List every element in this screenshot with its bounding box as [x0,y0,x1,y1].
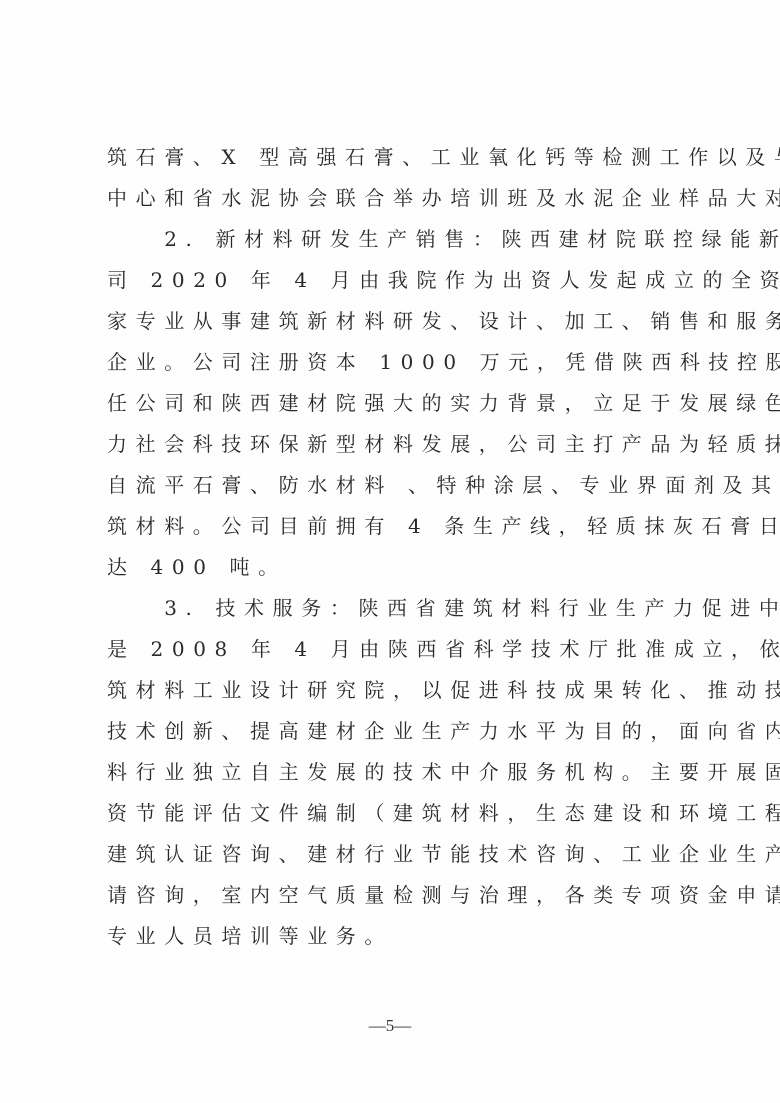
text-line: 筑材料工业设计研究院，以促进科技成果转化、推动技术进步与 [107,670,683,711]
page-number: —5— [0,1016,780,1036]
text-line: 料行业独立自主发展的技术中介服务机构。主要开展固定资产投 [107,752,683,793]
text-line: 家专业从事建筑新材料研发、设计、加工、销售和服务的科技型 [107,301,683,342]
text-line: 中心和省水泥协会联合举办培训班及水泥企业样品大对比活动。 [107,178,683,219]
text-line: 资节能评估文件编制（建筑材料，生态建设和环境工程），绿色 [107,793,683,834]
text-line: 自流平石膏、防水材料 、特种涂层、专业界面剂及其它新型建 [107,465,683,506]
text-line: 请咨询，室内空气质量检测与治理，各类专项资金申请书编制， [107,875,683,916]
text-line: 筑石膏、X 型高强石膏、工业氧化钙等检测工作以及与国家水泥 [107,137,683,178]
document-page: 筑石膏、X 型高强石膏、工业氧化钙等检测工作以及与国家水泥 中心和省水泥协会联合… [0,0,780,1103]
text-line: 建筑认证咨询、建材行业节能技术咨询、工业企业生产许可证申 [107,834,683,875]
text-line: 技术创新、提高建材企业生产力水平为目的，面向省内外建筑材 [107,711,683,752]
text-line: 达 400 吨。 [107,547,683,588]
text-line: 筑材料。公司目前拥有 4 条生产线，轻质抹灰石膏日生产能力可 [107,506,683,547]
text-line: 企业。公司注册资本 1000 万元，凭借陕西科技控股集团有限责 [107,342,683,383]
text-line: 司 2020 年 4 月由我院作为出资人发起成立的全资子公司，是一 [107,260,683,301]
text-line: 是 2008 年 4 月由陕西省科学技术厅批准成立，依托于陕西省建 [107,629,683,670]
section-heading-line: 3. 技术服务：陕西省建筑材料行业生产力促进中心有限公司 [107,588,683,629]
body-text: 筑石膏、X 型高强石膏、工业氧化钙等检测工作以及与国家水泥 中心和省水泥协会联合… [107,137,683,957]
section-heading-line: 2. 新材料研发生产销售：陕西建材院联控绿能新材料有限公 [107,219,683,260]
text-line: 力社会科技环保新型材料发展，公司主打产品为轻质抹灰石膏、 [107,424,683,465]
text-line: 任公司和陕西建材院强大的实力背景，立足于发展绿色建材、助 [107,383,683,424]
text-line: 专业人员培训等业务。 [107,916,683,957]
